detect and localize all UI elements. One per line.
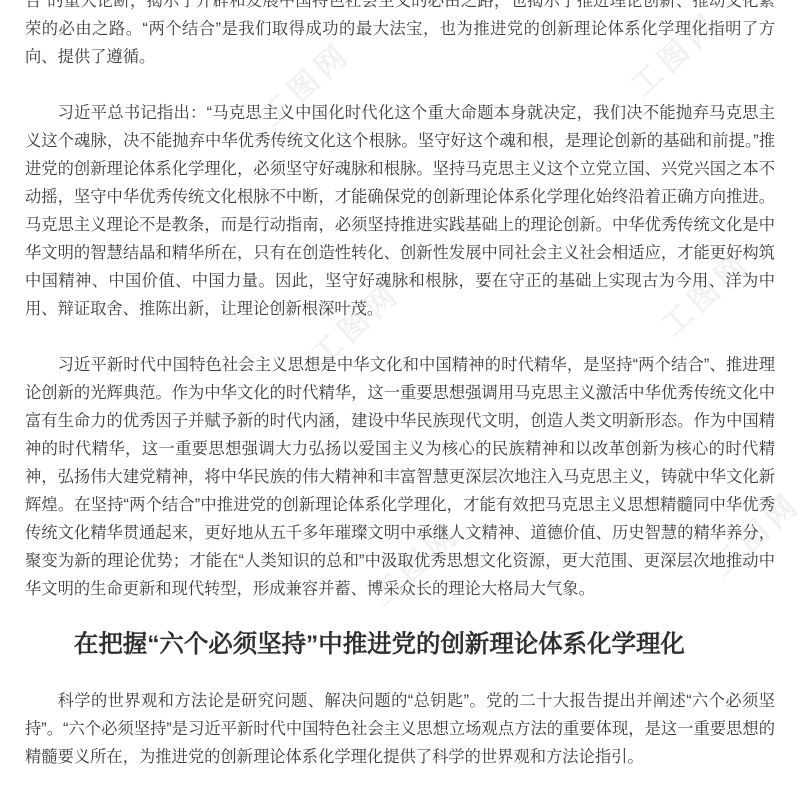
paragraph-2: 习近平总书记指出：“马克思主义中国化时代化这个重大命题本身就决定，我们决不能抛弃…	[25, 99, 775, 323]
paragraph-3: 习近平新时代中国特色社会主义思想是中华文化和中国精神的时代精华，是坚持“两个结合…	[25, 351, 775, 603]
paragraph-4: 科学的世界观和方法论是研究问题、解决问题的“总钥匙”。党的二十大报告提出并阐述“…	[25, 687, 775, 771]
document-page: 合”的重大论断，揭示了开辟和发展中国特色社会主义的必由之路，也揭示了推进理论创新…	[0, 0, 800, 799]
paragraph-1-continuation: 合”的重大论断，揭示了开辟和发展中国特色社会主义的必由之路，也揭示了推进理论创新…	[25, 0, 775, 71]
section-heading: 在把握“六个必须坚持”中推进党的创新理论体系化学理化	[25, 631, 775, 659]
